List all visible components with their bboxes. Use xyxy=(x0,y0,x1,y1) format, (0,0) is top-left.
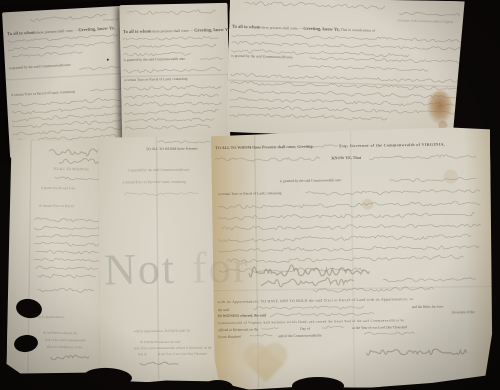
document-top-middle: To all to whom these presents shall come… xyxy=(119,3,230,155)
doc1-greeting-line: To all to whom these presents shall come… xyxy=(7,26,115,37)
doc5-day-label: Day of xyxy=(138,353,147,356)
fold-crease xyxy=(6,72,128,82)
fold-crease xyxy=(228,79,470,89)
doc3-grant-line: is granted by the said Commonwealth unto xyxy=(231,55,293,60)
doc3-greeting-line: To all to whom these presents shall come… xyxy=(232,25,375,34)
doc4-richmond-line: affixed at Richmond, on the xyxy=(47,346,83,350)
fold-crease xyxy=(349,129,356,388)
doc2-greeting-line: To all to whom these presents shall come… xyxy=(123,28,231,35)
doc5-grant-line: is granted by the said Commonwealth unto xyxy=(128,169,190,173)
doc6-governor-line: Esq; Governor of the Commonwealth of VIR… xyxy=(339,143,445,149)
doc5-appurtenances-line: with its Appurtenances, TO HAVE AND TO xyxy=(134,330,191,334)
doc6-grant-line: is granted by the said Commonwealth unto xyxy=(280,179,342,184)
doc6-the-said: the said xyxy=(218,309,229,313)
ink-speck xyxy=(107,59,109,61)
document-top-left: Governor of To all to whom these present… xyxy=(2,6,132,159)
doc5-header-line: TO ALL TO WHOM these Presents xyxy=(146,148,198,152)
foxing-spot xyxy=(362,199,373,210)
document-large-right: TO ALL TO WHOM these Presents shall come… xyxy=(211,127,494,390)
doc6-to-all-line: TO ALL TO WHOM these Presents shall come… xyxy=(215,145,313,151)
doc5-tract-line: a certain Tract or Parcel of Land, conta… xyxy=(122,181,185,185)
photo-of-documents: Governor of To all to whom these present… xyxy=(0,0,500,390)
doc5-year-line: in the Year of our Lord One Thousand xyxy=(158,353,207,357)
doc4-header-line: TO ALL TO WHOM the xyxy=(53,168,89,172)
document-top-right: Governor of the Commonwealth of Virginia… xyxy=(226,0,472,141)
doc6-commonwealth-line: Commonwealth of Virginia, hath hereunto … xyxy=(218,319,404,325)
not-for-watermark: Notfor xyxy=(103,241,249,295)
brown-stain xyxy=(426,90,453,125)
doc6-appurtenances-line: with its Appurtenances; TO HAVE AND TO H… xyxy=(218,298,414,305)
doc6-witness-line: IN WITNESS whereof, the said xyxy=(218,314,266,318)
doc6-day-of: Day of xyxy=(300,328,310,332)
doc4-appurtenances-line: with its Appurtenances xyxy=(35,316,64,320)
doc1-tract-line: A certain Tract or Parcel of Land, conta… xyxy=(11,91,75,98)
doc4-grant-line: is granted by the said Com xyxy=(41,187,75,191)
bottom-gap xyxy=(292,377,344,390)
doc4-tract-line: A certain Tract or Parcel xyxy=(39,205,74,209)
doc6-seven-hundred: Seven Hundred xyxy=(218,336,240,340)
doc6-year-line: in the Year of our Lord One Thousand xyxy=(352,326,407,330)
foxing-spot xyxy=(444,169,458,183)
doc1-header-right: Governor of xyxy=(103,18,119,22)
doc6-governor-of-line: Governor of the xyxy=(452,311,475,315)
doc1-grant-line: is granted by the said Commonwealth unto xyxy=(9,64,71,71)
doc2-grant-line: is granted by the said Commonwealth unto xyxy=(124,58,186,63)
doc4-seal-line: Seal of the said Commonwealth xyxy=(45,339,86,343)
heart-shaped-stain xyxy=(238,336,293,387)
bottom-gap xyxy=(203,380,233,390)
doc6-affixed-line: affixed at Richmond, on the xyxy=(218,328,258,332)
doc5-witness-line: IN WITNESS whereof, the said xyxy=(140,341,181,345)
doc2-tract-line: a certain Tract or Parcel of Land, conta… xyxy=(124,78,188,83)
doc6-know-ye: KNOW YE, That xyxy=(331,156,361,160)
doc6-heirs-line: and his Heirs for ever. xyxy=(412,306,444,310)
doc6-tract-line: a certain Tract or Parcel of Land, conta… xyxy=(218,192,282,197)
doc3-header-right: Governor of the Commonwealth of Virginia xyxy=(397,19,453,24)
doc4-witness-line: IN WITNESS whereof, the xyxy=(43,332,78,336)
doc5-seal-line: Seal of the said Commonwealth, affixed a… xyxy=(134,347,212,351)
